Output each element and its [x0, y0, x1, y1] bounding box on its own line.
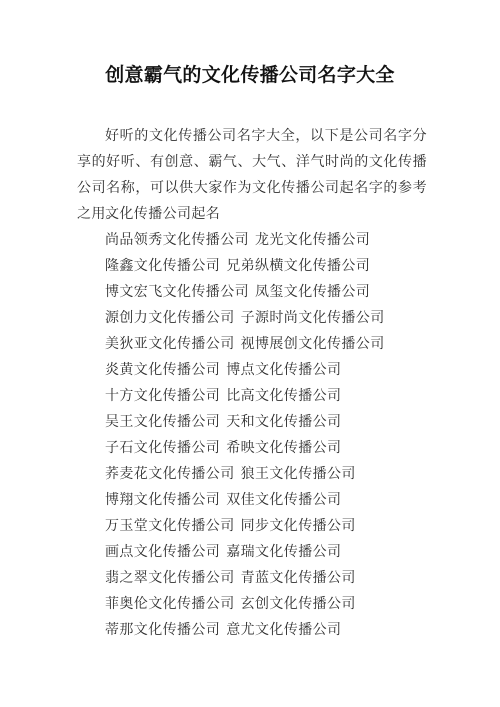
company-name: 荞麦花文化传播公司 [105, 466, 235, 482]
company-name: 万玉堂文化传播公司 [105, 518, 235, 534]
list-item: 子石文化传播公司希映文化传播公司 [105, 435, 445, 461]
list-item: 画点文化传播公司嘉瑞文化传播公司 [105, 539, 445, 565]
company-name: 青蓝文化传播公司 [241, 570, 356, 586]
company-name: 比高文化传播公司 [226, 388, 341, 404]
company-name: 翡之翠文化传播公司 [105, 570, 235, 586]
company-name: 炎黄文化传播公司 [105, 362, 220, 378]
company-name: 美狄亚文化传播公司 [105, 336, 235, 352]
list-item: 蒂那文化传播公司意尤文化传播公司 [105, 617, 445, 643]
document-page: 创意霸气的文化传播公司名字大全 好听的文化传播公司名字大全，以下是公司名字分享的… [0, 0, 500, 707]
page-title: 创意霸气的文化传播公司名字大全 [0, 62, 500, 88]
list-item: 吴王文化传播公司天和文化传播公司 [105, 409, 445, 435]
company-name: 龙光文化传播公司 [255, 232, 370, 248]
company-name: 博文宏飞文化传播公司 [105, 284, 249, 300]
company-name: 意尤文化传播公司 [226, 622, 341, 638]
list-item: 尚品领秀文化传播公司龙光文化传播公司 [105, 227, 445, 253]
company-name: 双佳文化传播公司 [226, 492, 341, 508]
list-item: 博文宏飞文化传播公司凤玺文化传播公司 [105, 279, 445, 305]
list-item: 美狄亚文化传播公司视博展创文化传播公司 [105, 331, 445, 357]
list-item: 炎黄文化传播公司博点文化传播公司 [105, 357, 445, 383]
company-name: 视博展创文化传播公司 [241, 336, 385, 352]
company-name: 十方文化传播公司 [105, 388, 220, 404]
company-name: 希映文化传播公司 [226, 440, 341, 456]
list-item: 源创力文化传播公司子源时尚文化传播公司 [105, 305, 445, 331]
company-name: 天和文化传播公司 [226, 414, 341, 430]
company-name: 博翔文化传播公司 [105, 492, 220, 508]
list-item: 博翔文化传播公司双佳文化传播公司 [105, 487, 445, 513]
section-heading: 文化传播公司起名 [105, 201, 220, 227]
company-name: 狼王文化传播公司 [241, 466, 356, 482]
company-name: 尚品领秀文化传播公司 [105, 232, 249, 248]
company-name: 同步文化传播公司 [241, 518, 356, 534]
company-name: 子石文化传播公司 [105, 440, 220, 456]
list-item: 隆鑫文化传播公司兄弟纵横文化传播公司 [105, 253, 445, 279]
company-name: 画点文化传播公司 [105, 544, 220, 560]
company-name: 博点文化传播公司 [226, 362, 341, 378]
list-item: 翡之翠文化传播公司青蓝文化传播公司 [105, 565, 445, 591]
company-name-list: 尚品领秀文化传播公司龙光文化传播公司 隆鑫文化传播公司兄弟纵横文化传播公司 博文… [105, 227, 445, 643]
company-name: 吴王文化传播公司 [105, 414, 220, 430]
company-name: 菲奥伦文化传播公司 [105, 596, 235, 612]
list-item: 十方文化传播公司比高文化传播公司 [105, 383, 445, 409]
company-name: 嘉瑞文化传播公司 [226, 544, 341, 560]
company-name: 蒂那文化传播公司 [105, 622, 220, 638]
company-name: 源创力文化传播公司 [105, 310, 235, 326]
company-name: 隆鑫文化传播公司 [105, 258, 220, 274]
list-item: 万玉堂文化传播公司同步文化传播公司 [105, 513, 445, 539]
company-name: 玄创文化传播公司 [241, 596, 356, 612]
list-item: 荞麦花文化传播公司狼王文化传播公司 [105, 461, 445, 487]
company-name: 凤玺文化传播公司 [255, 284, 370, 300]
company-name: 兄弟纵横文化传播公司 [226, 258, 370, 274]
list-item: 菲奥伦文化传播公司玄创文化传播公司 [105, 591, 445, 617]
company-name: 子源时尚文化传播公司 [241, 310, 385, 326]
